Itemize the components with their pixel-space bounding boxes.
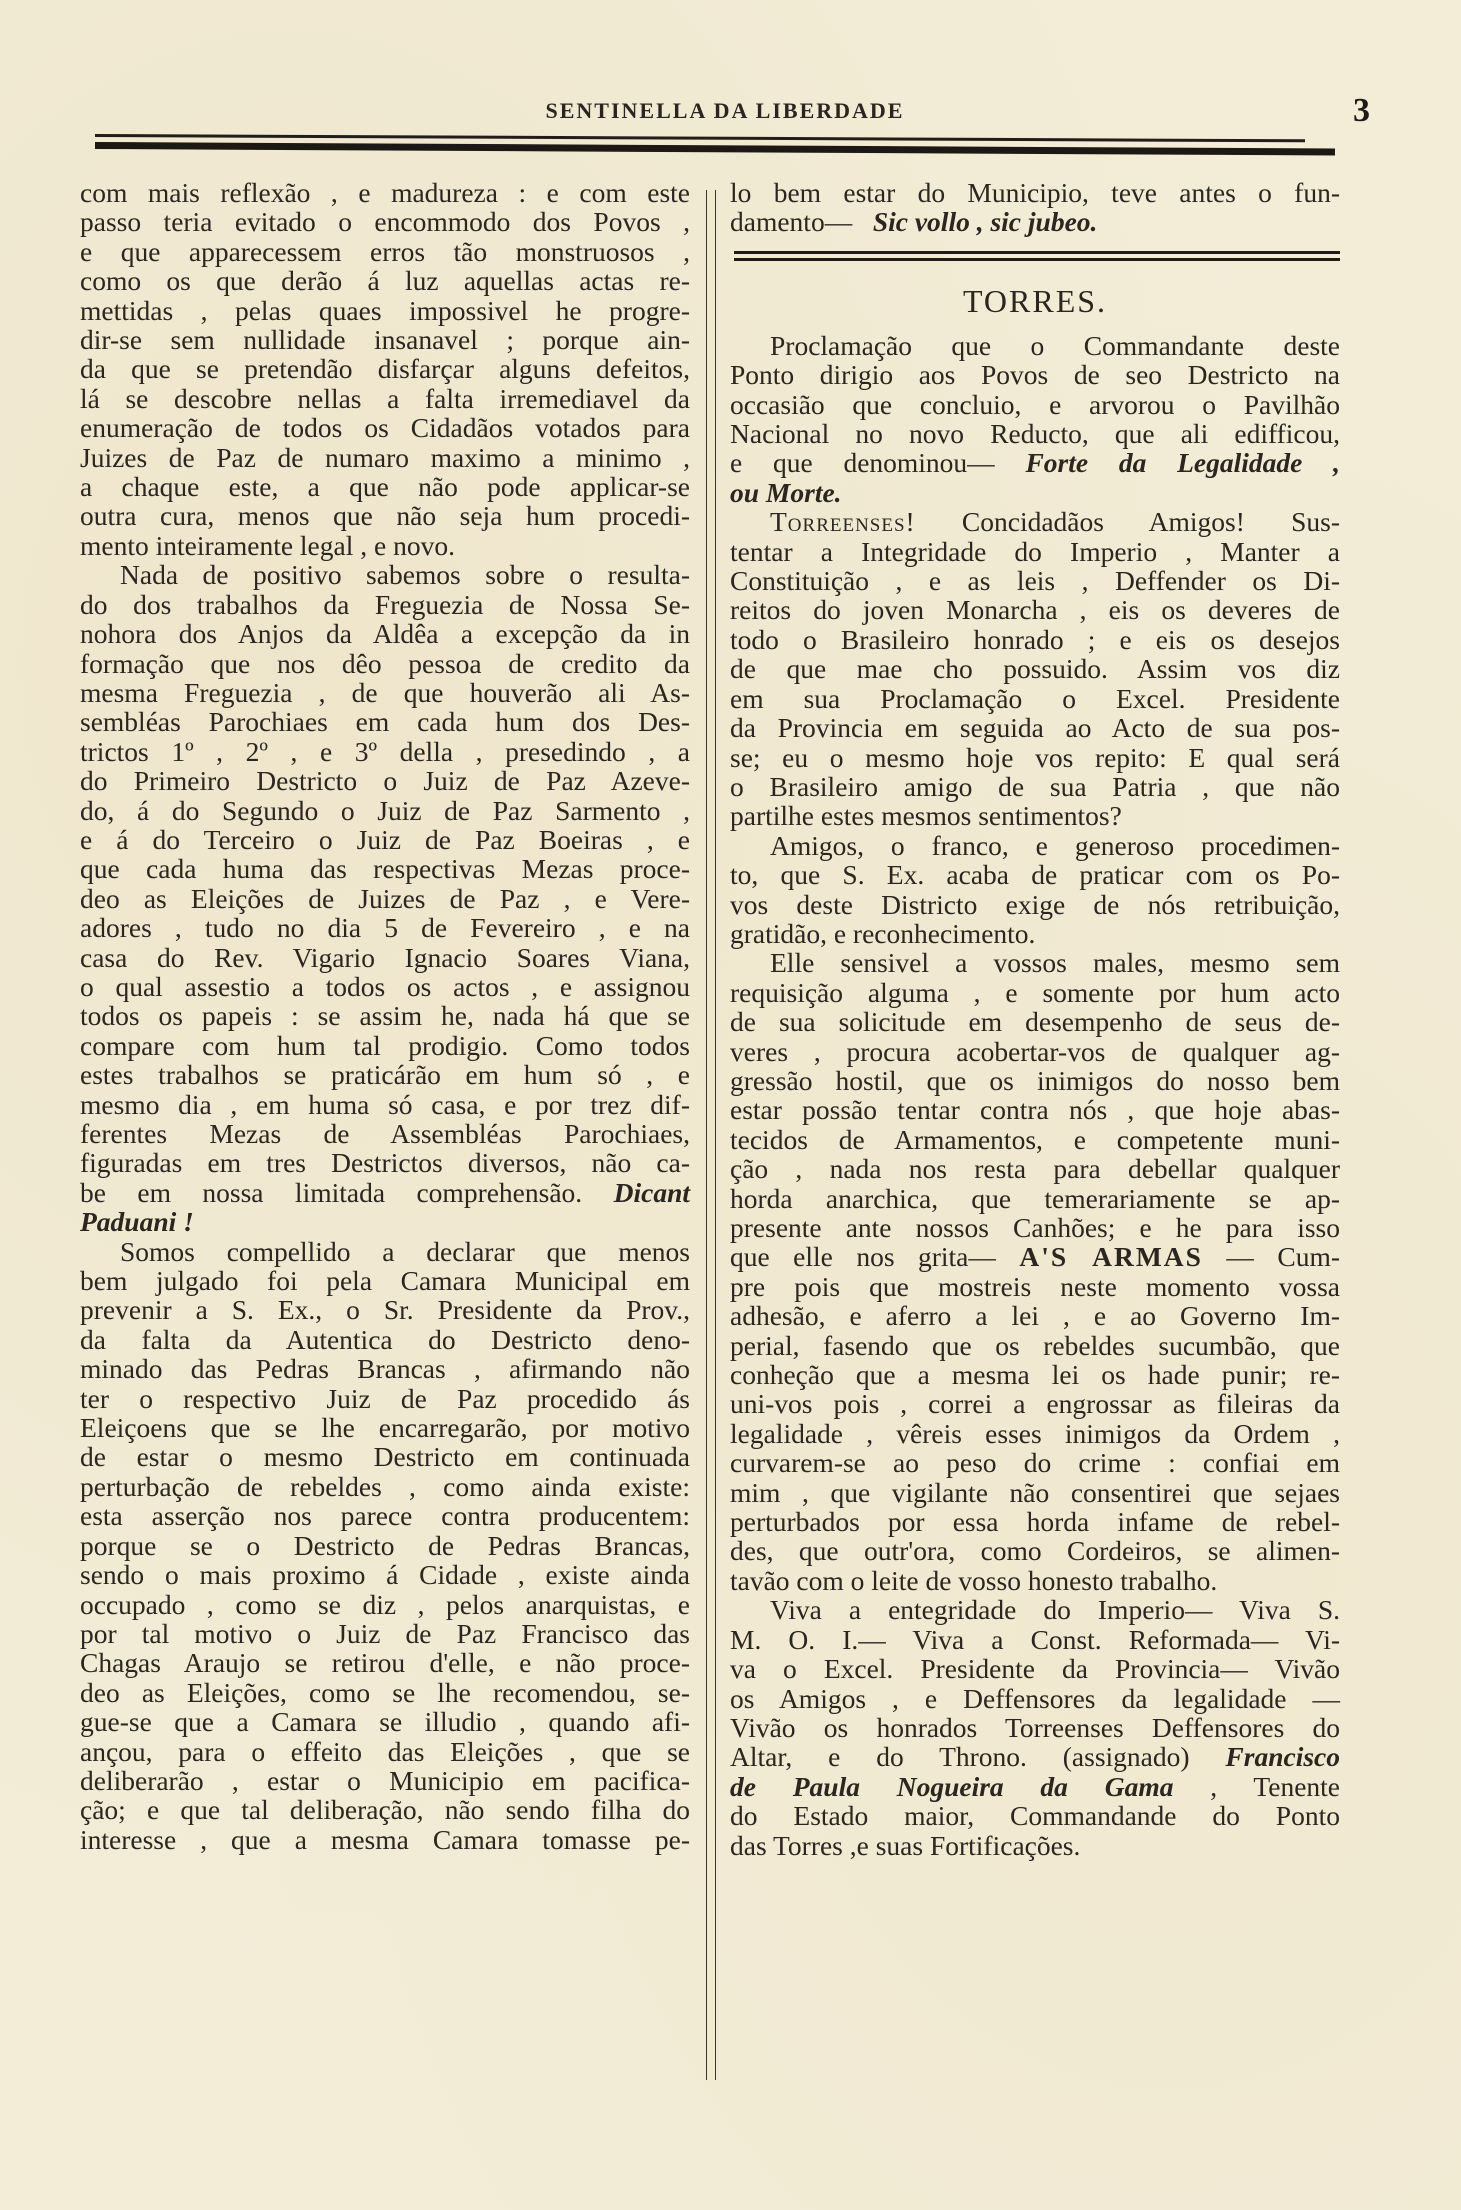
- text-line: adhesão, e aferro a lei , e ao Governo I…: [730, 1301, 1340, 1330]
- masthead-title: SENTINELLA DA LIBERDADE: [90, 98, 1360, 124]
- text-line: o Brasileiro amigo de sua Patria , que n…: [730, 772, 1340, 801]
- text-line: e que denominou— Forte da Legalidade ,: [730, 448, 1340, 477]
- text-line: horda anarchica, que temerariamente se a…: [730, 1184, 1340, 1213]
- text-line: mesma Freguezia , de que houverão ali As…: [80, 678, 690, 707]
- text-line: de estar o mesmo Destricto em continuada: [80, 1442, 690, 1471]
- text-line: ção , nada nos resta para debellar qualq…: [730, 1154, 1340, 1183]
- text-line: perturbação de rebeldes , como ainda exi…: [80, 1472, 690, 1501]
- text-line: do, á do Segundo o Juiz de Paz Sarmento …: [80, 796, 690, 825]
- text-line: de sua solicitude em desempenho de seus …: [730, 1007, 1340, 1036]
- text-line: reitos do joven Monarcha , eis os devere…: [730, 595, 1340, 624]
- latin-phrase: Dicant: [614, 1177, 690, 1208]
- text-line: enumeração de todos os Cidadãos votados …: [80, 413, 690, 442]
- text-span: damento—: [730, 206, 852, 237]
- text-line: Juizes de Paz de numaro maximo a minimo …: [80, 443, 690, 472]
- text-line: perturbados por essa horda infame de reb…: [730, 1507, 1340, 1536]
- text-line: Proclamação que o Commandante deste: [730, 331, 1340, 360]
- text-line: ançou, para o effeito das Eleições , que…: [80, 1737, 690, 1766]
- rule-line: [734, 251, 1340, 254]
- proclamation-paragraph-4: Viva a entegridade do Imperio— Viva S.M.…: [730, 1595, 1340, 1860]
- text-line: ou Morte.: [730, 478, 1340, 507]
- text-line: em sua Proclamação o Excel. Presidente: [730, 684, 1340, 713]
- text-line: de que mae cho possuido. Assim vos diz: [730, 654, 1340, 683]
- text-line: mesmo dia , em huma só casa, e por trez …: [80, 1090, 690, 1119]
- text-line: vos deste Districto exige de nós retribu…: [730, 890, 1340, 919]
- proclamation-paragraph-1: Torreenses! Concidadãos Amigos! Sus-tent…: [730, 507, 1340, 830]
- text-line: veres , procura acobertar-vos de qualque…: [730, 1037, 1340, 1066]
- text-line: formação que nos dêo pessoa de credito d…: [80, 649, 690, 678]
- text-line: com mais reflexão , e madureza : e com e…: [80, 178, 690, 207]
- header-double-rule: [95, 134, 1335, 150]
- latin-phrase: Paduani !: [80, 1206, 194, 1237]
- paragraph-continuation: com mais reflexão , e madureza : e com e…: [80, 178, 690, 560]
- text-line: tavão com o leite de vosso honesto traba…: [730, 1566, 1340, 1595]
- text-line: tentar a Integridade do Imperio , Manter…: [730, 537, 1340, 566]
- proclamation-paragraph-3: Elle sensivel a vossos males, mesmo semr…: [730, 948, 1340, 1595]
- paragraph-pedras-brancas: Somos compellido a declarar que menosbem…: [80, 1237, 690, 1855]
- text-line: lo bem estar do Municipio, teve antes o …: [730, 178, 1340, 207]
- text-line: mettidas , pelas quaes impossivel he pro…: [80, 296, 690, 325]
- text-line: uni-vos pois , correi a engrossar as fil…: [730, 1389, 1340, 1418]
- section-double-rule: [734, 251, 1340, 263]
- text-line: nohora dos Anjos da Aldêa a excepção da …: [80, 619, 690, 648]
- text-line: e á do Terceiro o Juiz de Paz Boeiras , …: [80, 825, 690, 854]
- text-line: Ponto dirigio aos Povos de seo Destricto…: [730, 360, 1340, 389]
- section-title-torres: TORRES.: [730, 281, 1340, 321]
- rule-thick: [95, 142, 1335, 155]
- text-line: das Torres ,e suas Fortificações.: [730, 1831, 1340, 1860]
- text-line: Viva a entegridade do Imperio— Viva S.: [730, 1595, 1340, 1624]
- text-line: da falta da Autentica do Destricto deno-: [80, 1325, 690, 1354]
- text-line: passo teria evitado o encommodo dos Povo…: [80, 207, 690, 236]
- text-line: que cada huma das respectivas Mezas proc…: [80, 854, 690, 883]
- text-span: que elle nos grita—: [730, 1241, 996, 1272]
- text-line: do Primeiro Destricto o Juiz de Paz Azev…: [80, 766, 690, 795]
- text-line: be em nossa limitada comprehensão. Dican…: [80, 1178, 690, 1207]
- page-number: 3: [1353, 92, 1370, 130]
- text-line: porque se o Destricto de Pedras Brancas,: [80, 1531, 690, 1560]
- text-line: curvarem-se ao peso do crime : confiai e…: [730, 1448, 1340, 1477]
- text-line: da Provincia em seguida ao Acto de sua p…: [730, 713, 1340, 742]
- paragraph-freguezia: Nada de positivo sabemos sobre o resulta…: [80, 560, 690, 1236]
- text-line: damento— Sic vollo , sic jubeo.: [730, 207, 1340, 236]
- text-line: deliberarão , estar o Municipio em pacif…: [80, 1766, 690, 1795]
- fort-name: Forte da Legalidade ,: [1025, 447, 1340, 478]
- text-line: Vivão os honrados Torreenses Deffensores…: [730, 1713, 1340, 1742]
- text-span: , Tenente: [1210, 1771, 1340, 1802]
- text-line: deo as Eleições, como se lhe recomendou,…: [80, 1678, 690, 1707]
- fort-name: ou Morte.: [730, 477, 842, 508]
- text-line: dir-se sem nullidade insanavel ; porque …: [80, 325, 690, 354]
- text-line: lá se descobre nellas a falta irremediav…: [80, 384, 690, 413]
- rule-line: [734, 258, 1340, 261]
- text-line: sendo o mais proximo á Cidade , existe a…: [80, 1560, 690, 1589]
- text-line: requisição alguma , e somente por hum ac…: [730, 978, 1340, 1007]
- text-line: ção; e que tal deliberação, não sendo fi…: [80, 1795, 690, 1824]
- text-line: ferentes Mezas de Assembléas Parochiaes,: [80, 1119, 690, 1148]
- text-line: sembléas Parochiaes em cada hum dos Des-: [80, 707, 690, 736]
- text-line: adores , tudo no dia 5 de Fevereiro , e …: [80, 913, 690, 942]
- page-header: SENTINELLA DA LIBERDADE 3: [90, 98, 1360, 138]
- signatory-name: de Paula Nogueira da Gama: [730, 1771, 1173, 1802]
- text-line: to, que S. Ex. acaba de praticar com os …: [730, 860, 1340, 889]
- text-line: Nacional no novo Reducto, que ali ediffi…: [730, 419, 1340, 448]
- text-line: esta asserção nos parece contra producen…: [80, 1501, 690, 1530]
- text-line: deo as Eleições de Juizes de Paz , e Ver…: [80, 884, 690, 913]
- text-line: que elle nos grita— A'S ARMAS — Cum-: [730, 1242, 1340, 1271]
- text-line: Eleiçoens que se lhe encarregarão, por m…: [80, 1413, 690, 1442]
- text-line: pre pois que mostreis neste momento voss…: [730, 1272, 1340, 1301]
- text-line: prevenir a S. Ex., o Sr. Presidente da P…: [80, 1295, 690, 1324]
- text-line: todo o Brasileiro honrado ; e eis os des…: [730, 625, 1340, 654]
- signatory-name: Francisco: [1225, 1741, 1340, 1772]
- text-span: Concidadãos Amigos! Sus-: [962, 506, 1340, 537]
- text-line: Chagas Araujo se retirou d'elle, e não p…: [80, 1648, 690, 1677]
- text-line: legalidade , vêreis esses inimigos da Or…: [730, 1419, 1340, 1448]
- text-line: Paduani !: [80, 1207, 690, 1236]
- text-line: do dos trabalhos da Freguezia de Nossa S…: [80, 590, 690, 619]
- text-line: Nada de positivo sabemos sobre o resulta…: [80, 560, 690, 589]
- text-line: conheção que a mesma lei os hade punir; …: [730, 1360, 1340, 1389]
- text-line: compare com hum tal prodigio. Como todos: [80, 1031, 690, 1060]
- text-line: Elle sensivel a vossos males, mesmo sem: [730, 948, 1340, 977]
- text-line: Amigos, o franco, e generoso procedimen-: [730, 831, 1340, 860]
- text-line: perial, fasendo que os rebeldes sucumbão…: [730, 1331, 1340, 1360]
- text-line: mento inteiramente legal , e novo.: [80, 531, 690, 560]
- text-line: figuradas em tres Destrictos diversos, n…: [80, 1148, 690, 1177]
- paragraph-continuation-right: lo bem estar do Municipio, teve antes o …: [730, 178, 1340, 237]
- text-line: gue-se que a Camara se illudio , quando …: [80, 1707, 690, 1736]
- text-line: partilhe estes mesmos sentimentos?: [730, 801, 1340, 830]
- text-span: be em nossa limitada comprehensão.: [80, 1177, 582, 1208]
- text-line: estar possão tentar contra nós , que hoj…: [730, 1095, 1340, 1124]
- text-line: ter o respectivo Juiz de Paz procedido á…: [80, 1384, 690, 1413]
- text-line: todos os papeis : se assim he, nada há q…: [80, 1001, 690, 1030]
- proclamation-paragraph-2: Amigos, o franco, e generoso procedimen-…: [730, 831, 1340, 949]
- text-line: os Amigos , e Deffensores da legalidade …: [730, 1684, 1340, 1713]
- text-line: do Estado maior, Commandande do Ponto: [730, 1801, 1340, 1830]
- proclamation-intro: Proclamação que o Commandante destePonto…: [730, 331, 1340, 507]
- text-line: Somos compellido a declarar que menos: [80, 1237, 690, 1266]
- text-line: Constituição , e as leis , Deffender os …: [730, 566, 1340, 595]
- text-line: occupado , como se diz , pelos anarquist…: [80, 1590, 690, 1619]
- text-line: Torreenses! Concidadãos Amigos! Sus-: [730, 507, 1340, 536]
- text-line: des, que outr'ora, como Cordeiros, se al…: [730, 1536, 1340, 1565]
- left-column: com mais reflexão , e madureza : e com e…: [80, 178, 690, 1854]
- text-line: gressão hostil, que os inimigos do nosso…: [730, 1066, 1340, 1095]
- text-line: casa do Rev. Vigario Ignacio Soares Vian…: [80, 943, 690, 972]
- text-line: trictos 1º , 2º , e 3º della , presedind…: [80, 737, 690, 766]
- text-span: Altar, e do Throno. (assignado): [730, 1741, 1190, 1772]
- text-span: e que denominou—: [730, 447, 995, 478]
- latin-motto: Sic vollo , sic jubeo.: [873, 206, 1098, 237]
- text-line: se; eu o mesmo hoje vos repito: E qual s…: [730, 743, 1340, 772]
- right-column: lo bem estar do Municipio, teve antes o …: [730, 178, 1340, 1860]
- text-line: M. O. I.— Viva a Const. Reformada— Vi-: [730, 1625, 1340, 1654]
- text-line: occasião que concluio, e arvorou o Pavil…: [730, 390, 1340, 419]
- column-divider: [706, 190, 716, 2080]
- text-line: estes trabalhos se praticárão em hum só …: [80, 1060, 690, 1089]
- text-line: e que apparecessem erros tão monstruosos…: [80, 237, 690, 266]
- text-span: — Cum-: [1226, 1241, 1340, 1272]
- text-line: o qual assestio a todos os actos , e ass…: [80, 972, 690, 1001]
- text-line: minado das Pedras Brancas , afirmando nã…: [80, 1354, 690, 1383]
- text-line: va o Excel. Presidente da Provincia— Viv…: [730, 1654, 1340, 1683]
- salutation: Torreenses!: [770, 506, 916, 537]
- text-line: mim , que vigilante não consentirei que …: [730, 1478, 1340, 1507]
- text-line: presente ante nossos Canhões; e he para …: [730, 1213, 1340, 1242]
- call-to-arms: A'S ARMAS: [1019, 1241, 1203, 1272]
- text-line: a chaque este, a que não pode applicar-s…: [80, 472, 690, 501]
- text-line: como os que derão á luz aquellas actas r…: [80, 266, 690, 295]
- text-line: bem julgado foi pela Camara Municipal em: [80, 1266, 690, 1295]
- text-line: tecidos de Armamentos, e competente muni…: [730, 1125, 1340, 1154]
- rule-thin: [95, 134, 1305, 142]
- text-line: Altar, e do Throno. (assignado) Francisc…: [730, 1742, 1340, 1771]
- text-line: outra cura, menos que não seja hum proce…: [80, 501, 690, 530]
- text-line: gratidão, e reconhecimento.: [730, 919, 1340, 948]
- text-line: por tal motivo o Juiz de Paz Francisco d…: [80, 1619, 690, 1648]
- text-line: da que se pretendão disfarçar alguns def…: [80, 354, 690, 383]
- text-line: interesse , que a mesma Camara tomasse p…: [80, 1825, 690, 1854]
- text-line: de Paula Nogueira da Gama , Tenente: [730, 1772, 1340, 1801]
